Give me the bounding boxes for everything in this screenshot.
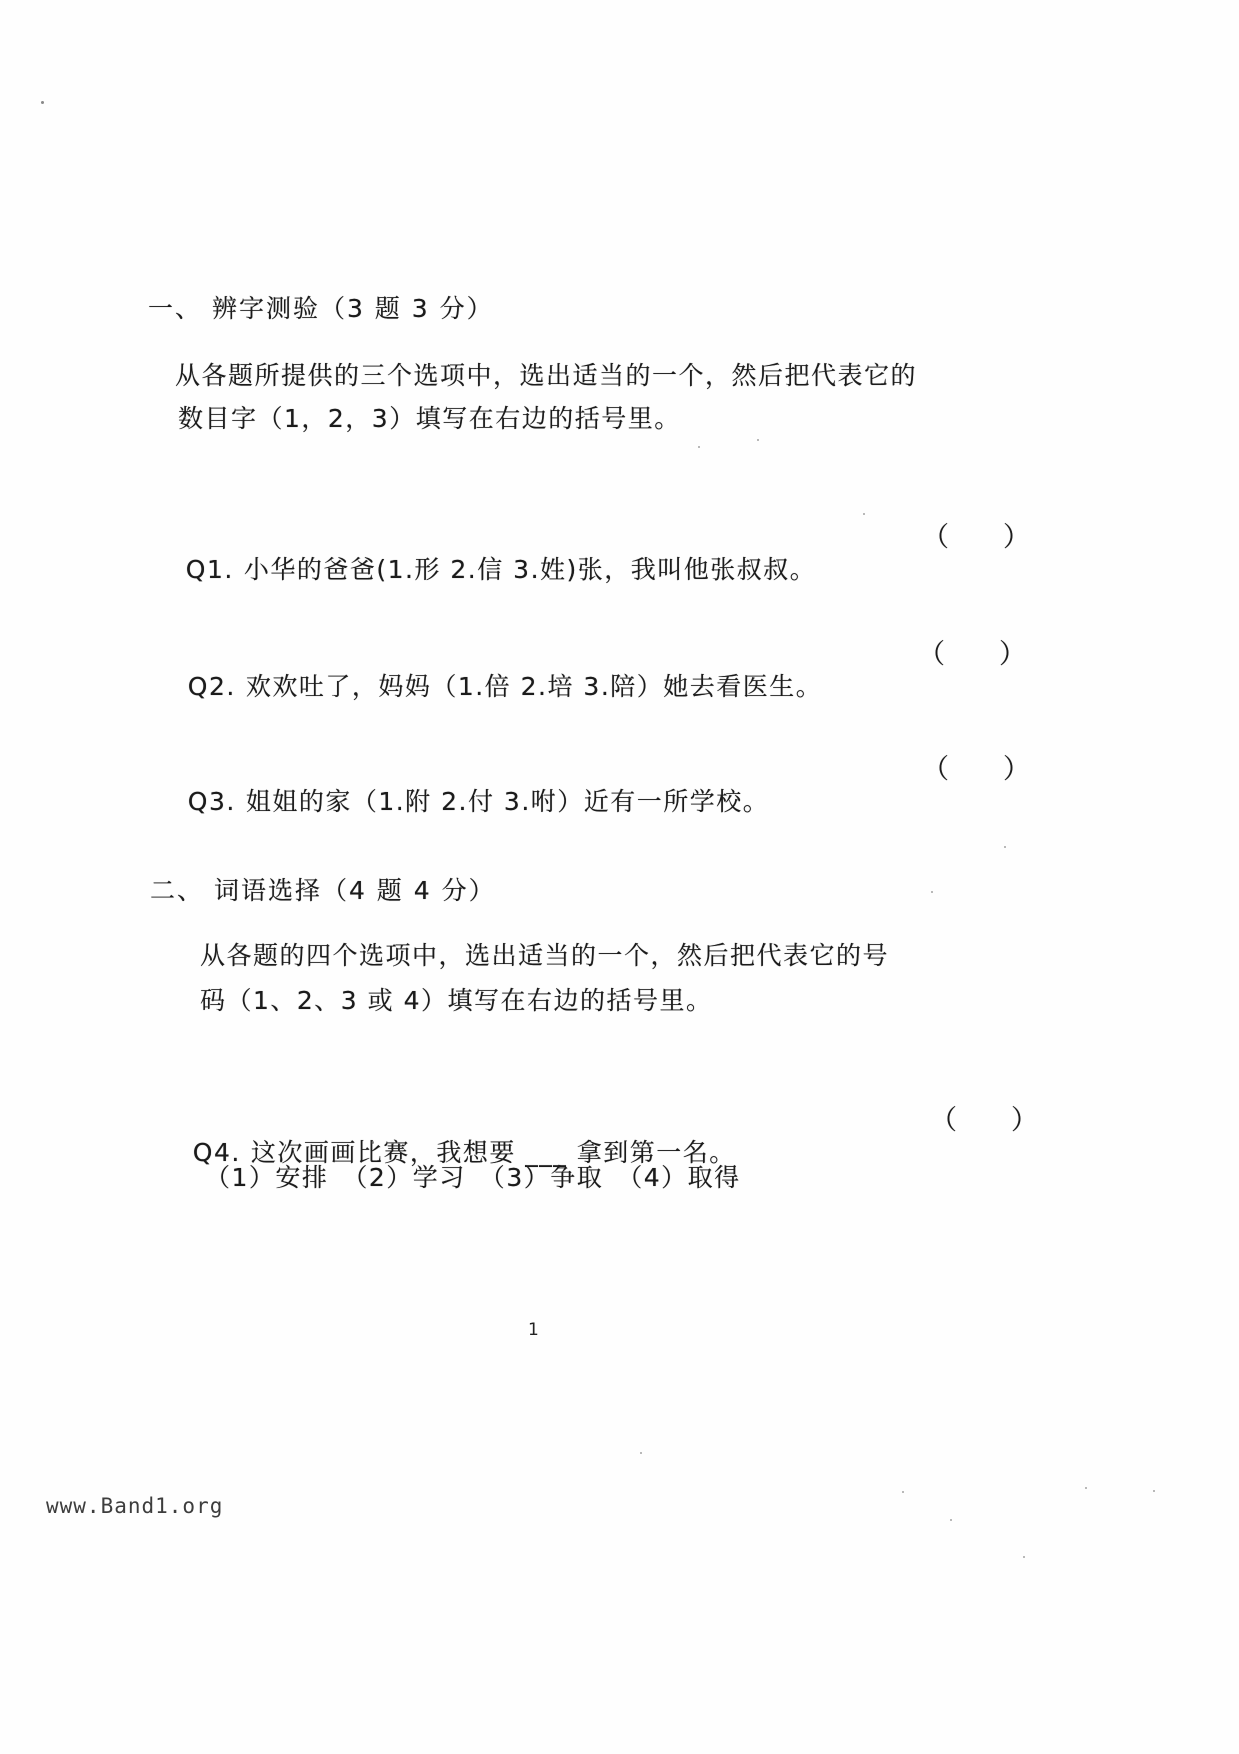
scanned-exam-page: 一、 辨字测验（3 题 3 分） 从各题所提供的三个选项中，选出适当的一个，然后… [0, 0, 1239, 1754]
scan-speck [41, 101, 44, 104]
q3-answer-brackets: （ ） [922, 747, 1030, 786]
scan-speck [640, 1452, 642, 1454]
page-number: 1 [528, 1320, 539, 1340]
q4-bracket-open: （ [930, 1098, 957, 1137]
q2-bracket-close: ） [999, 632, 1026, 671]
section1-instructions-line2: 数目字（1，2，3）填写在右边的括号里。 [178, 399, 681, 435]
question-q4-options: （1）安排 （2）学习 （3）争取 （4）取得 [205, 1158, 741, 1194]
question-q3-text: 姐姐的家（1.附 2.付 3.咐）近有一所学校。 [246, 787, 769, 816]
question-q2-text: 欢欢吐了，妈妈（1.倍 2.培 3.陪）她去看医生。 [246, 672, 822, 701]
question-q1-text: 小华的爸爸(1.形 2.信 3.姓)张，我叫他张叔叔。 [244, 555, 816, 584]
q3-bracket-open: （ [922, 747, 949, 786]
scan-speck [931, 891, 933, 893]
q4-bracket-close: ） [1011, 1098, 1038, 1137]
watermark-url: www.Band1.org [46, 1494, 223, 1518]
section2-heading: 二、 词语选择（4 题 4 分） [150, 871, 496, 907]
scan-speck [902, 1491, 904, 1493]
scan-speck [371, 1141, 374, 1144]
question-q1-id: Q1. [186, 555, 234, 584]
scan-speck [757, 439, 759, 441]
question-q1: Q1.小华的爸爸(1.形 2.信 3.姓)张，我叫他张叔叔。 [148, 521, 816, 615]
q1-answer-brackets: （ ） [922, 515, 1030, 554]
q1-bracket-close: ） [1003, 515, 1030, 554]
question-q2-id: Q2. [188, 672, 236, 701]
scan-speck [1004, 846, 1006, 848]
q1-bracket-open: （ [922, 515, 949, 554]
section1-heading: 一、 辨字测验（3 题 3 分） [148, 289, 494, 325]
q2-bracket-open: （ [918, 632, 945, 671]
question-q3: Q3.姐姐的家（1.附 2.付 3.咐）近有一所学校。 [150, 753, 769, 847]
scan-speck [863, 513, 865, 515]
section2-instructions-line2: 码（1、2、3 或 4）填写在右边的括号里。 [200, 981, 713, 1017]
scan-speck [1085, 1487, 1087, 1489]
q3-bracket-close: ） [1003, 747, 1030, 786]
section1-instructions-line1: 从各题所提供的三个选项中，选出适当的一个，然后把代表它的 [175, 356, 917, 392]
section2-instructions-line1: 从各题的四个选项中，选出适当的一个，然后把代表它的号 [200, 936, 889, 972]
scan-speck [950, 1519, 952, 1521]
q4-answer-brackets: （ ） [930, 1098, 1038, 1137]
q2-answer-brackets: （ ） [918, 632, 1026, 671]
scan-speck [1023, 1556, 1025, 1558]
scan-speck [698, 446, 700, 448]
scan-speck [1153, 1490, 1155, 1492]
question-q3-id: Q3. [188, 787, 236, 816]
question-q2: Q2.欢欢吐了，妈妈（1.倍 2.培 3.陪）她去看医生。 [150, 638, 822, 732]
